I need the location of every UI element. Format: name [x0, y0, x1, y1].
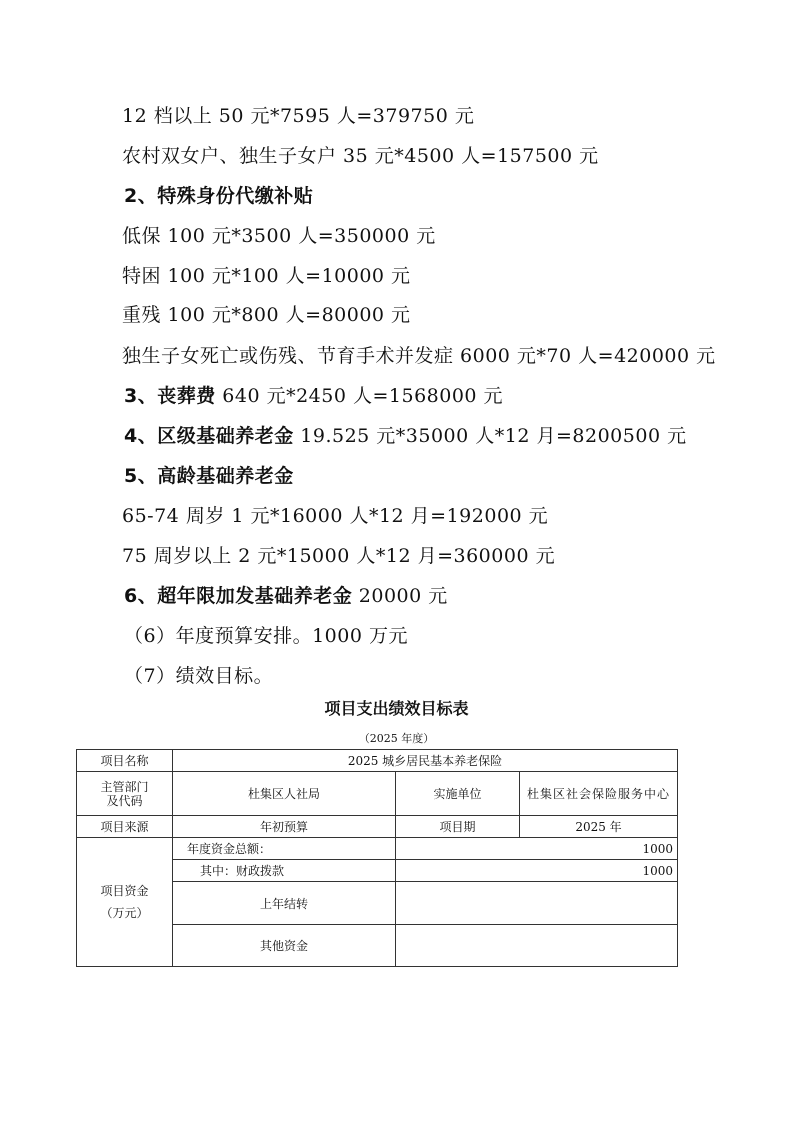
- funds-label-line1: 项目资金: [81, 880, 168, 902]
- heading-label: 2、特殊身份代缴补贴: [124, 185, 313, 207]
- source-value: 年初预算: [173, 816, 396, 838]
- project-name-value: 2025 城乡居民基本养老保险: [173, 750, 678, 772]
- funds-other-label: 其他资金: [173, 925, 396, 967]
- funds-fiscal-value: 1000: [396, 860, 678, 882]
- text-line-tier12: 12 档以上 50 元*7595 人=379750 元: [122, 101, 474, 128]
- impl-value: 杜集区社会保险服务中心: [520, 772, 678, 816]
- table-subtitle: （2025 年度）: [0, 730, 793, 746]
- text-line-75-plus: 75 周岁以上 2 元*15000 人*12 月=360000 元: [122, 541, 555, 568]
- table-row: 项目资金（万元） 年度资金总额： 1000: [77, 838, 678, 860]
- heading-extra-pension: 6、超年限加发基础养老金 20000 元: [124, 581, 448, 608]
- period-value: 2025 年: [520, 816, 678, 838]
- heading-label: 3、丧葬费: [124, 385, 216, 407]
- heading-district-pension: 4、区级基础养老金 19.525 元*35000 人*12 月=8200500 …: [124, 421, 687, 448]
- table-row: 项目名称 2025 城乡居民基本养老保险: [77, 750, 678, 772]
- source-label: 项目来源: [77, 816, 173, 838]
- funds-other-value: [396, 925, 678, 967]
- table-row: 主管部门及代码 杜集区人社局 实施单位 杜集区社会保险服务中心: [77, 772, 678, 816]
- text-line-performance-goal: （7）绩效目标。: [124, 661, 273, 688]
- heading-value: 19.525 元*35000 人*12 月=8200500 元: [294, 425, 687, 447]
- text-line-zhongcan: 重残 100 元*800 人=80000 元: [122, 300, 411, 327]
- funds-carryover-value: [396, 882, 678, 925]
- impl-label: 实施单位: [396, 772, 520, 816]
- text-line-65-74: 65-74 周岁 1 元*16000 人*12 月=192000 元: [122, 501, 548, 528]
- performance-target-table: 项目名称 2025 城乡居民基本养老保险 主管部门及代码 杜集区人社局 实施单位…: [76, 749, 678, 967]
- funds-label: 项目资金（万元）: [77, 838, 173, 967]
- funds-carryover-label: 上年结转: [173, 882, 396, 925]
- text-line-tekun: 特困 100 元*100 人=10000 元: [122, 261, 411, 288]
- heading-label: 6、超年限加发基础养老金: [124, 585, 352, 607]
- heading-value: 20000 元: [352, 585, 448, 607]
- table-row: 项目来源 年初预算 项目期 2025 年: [77, 816, 678, 838]
- funds-label-line2: （万元）: [81, 902, 168, 924]
- table-title: 项目支出绩效目标表: [0, 696, 793, 719]
- heading-label: 5、高龄基础养老金: [124, 465, 294, 487]
- dept-value: 杜集区人社局: [173, 772, 396, 816]
- funds-total-value: 1000: [396, 838, 678, 860]
- text-line-only-child: 独生子女死亡或伤残、节育手术并发症 6000 元*70 人=420000 元: [122, 341, 716, 368]
- text-line-rural-households: 农村双女户、独生子女户 35 元*4500 人=157500 元: [122, 141, 599, 168]
- project-name-label: 项目名称: [77, 750, 173, 772]
- heading-elderly-pension: 5、高龄基础养老金: [124, 461, 294, 488]
- funds-fiscal-label: 其中：财政拨款: [173, 860, 396, 882]
- period-label: 项目期: [396, 816, 520, 838]
- heading-special-subsidy: 2、特殊身份代缴补贴: [124, 181, 313, 208]
- heading-funeral: 3、丧葬费 640 元*2450 人=1568000 元: [124, 381, 503, 408]
- funds-total-label: 年度资金总额：: [173, 838, 396, 860]
- heading-value: 640 元*2450 人=1568000 元: [216, 385, 503, 407]
- text-line-annual-budget: （6）年度预算安排。1000 万元: [124, 621, 408, 648]
- dept-label: 主管部门及代码: [77, 772, 173, 816]
- heading-label: 4、区级基础养老金: [124, 425, 294, 447]
- text-line-dibao: 低保 100 元*3500 人=350000 元: [122, 221, 436, 248]
